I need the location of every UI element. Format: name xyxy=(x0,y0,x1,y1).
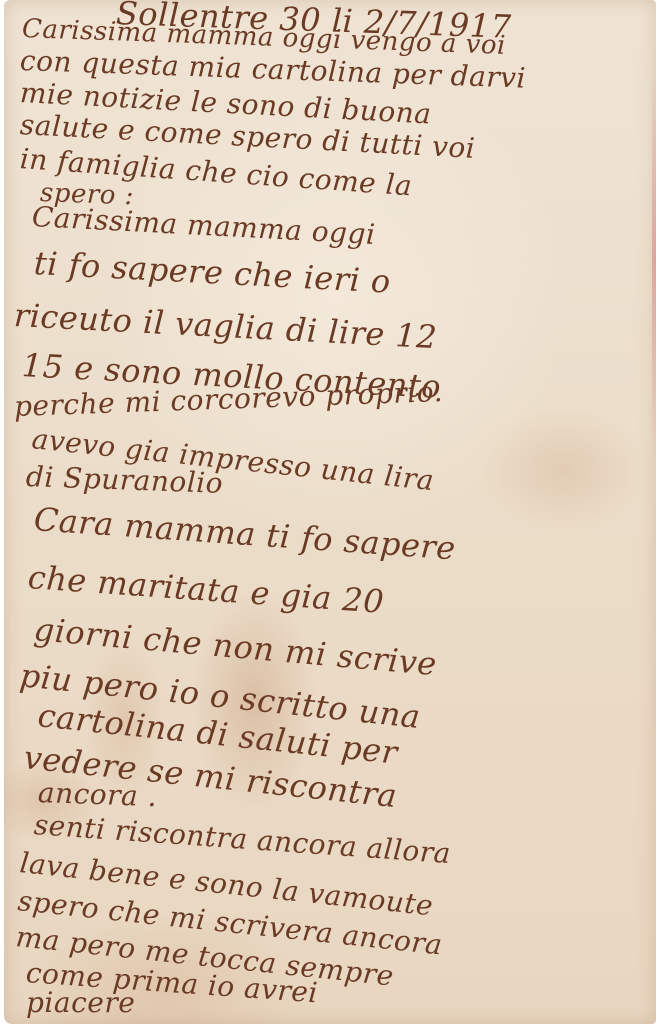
letter-line: Carissima mamma oggi xyxy=(31,200,376,251)
letter-line: ancora . xyxy=(37,776,157,813)
letter-line: di Spuranolio xyxy=(25,460,223,500)
letter-line: Cara mamma ti fo sapere xyxy=(33,500,457,567)
letter-line: ti fo sapere che ieri o xyxy=(33,244,392,301)
letter-line: riceuto il vaglia di lire 12 xyxy=(13,296,438,356)
letter-page: Sollentre 30 li 2/7/1917 Carissima mamma… xyxy=(4,0,656,1024)
letter-line: piacere xyxy=(26,986,135,1019)
letter-line: che maritata e gia 20 xyxy=(27,558,386,621)
